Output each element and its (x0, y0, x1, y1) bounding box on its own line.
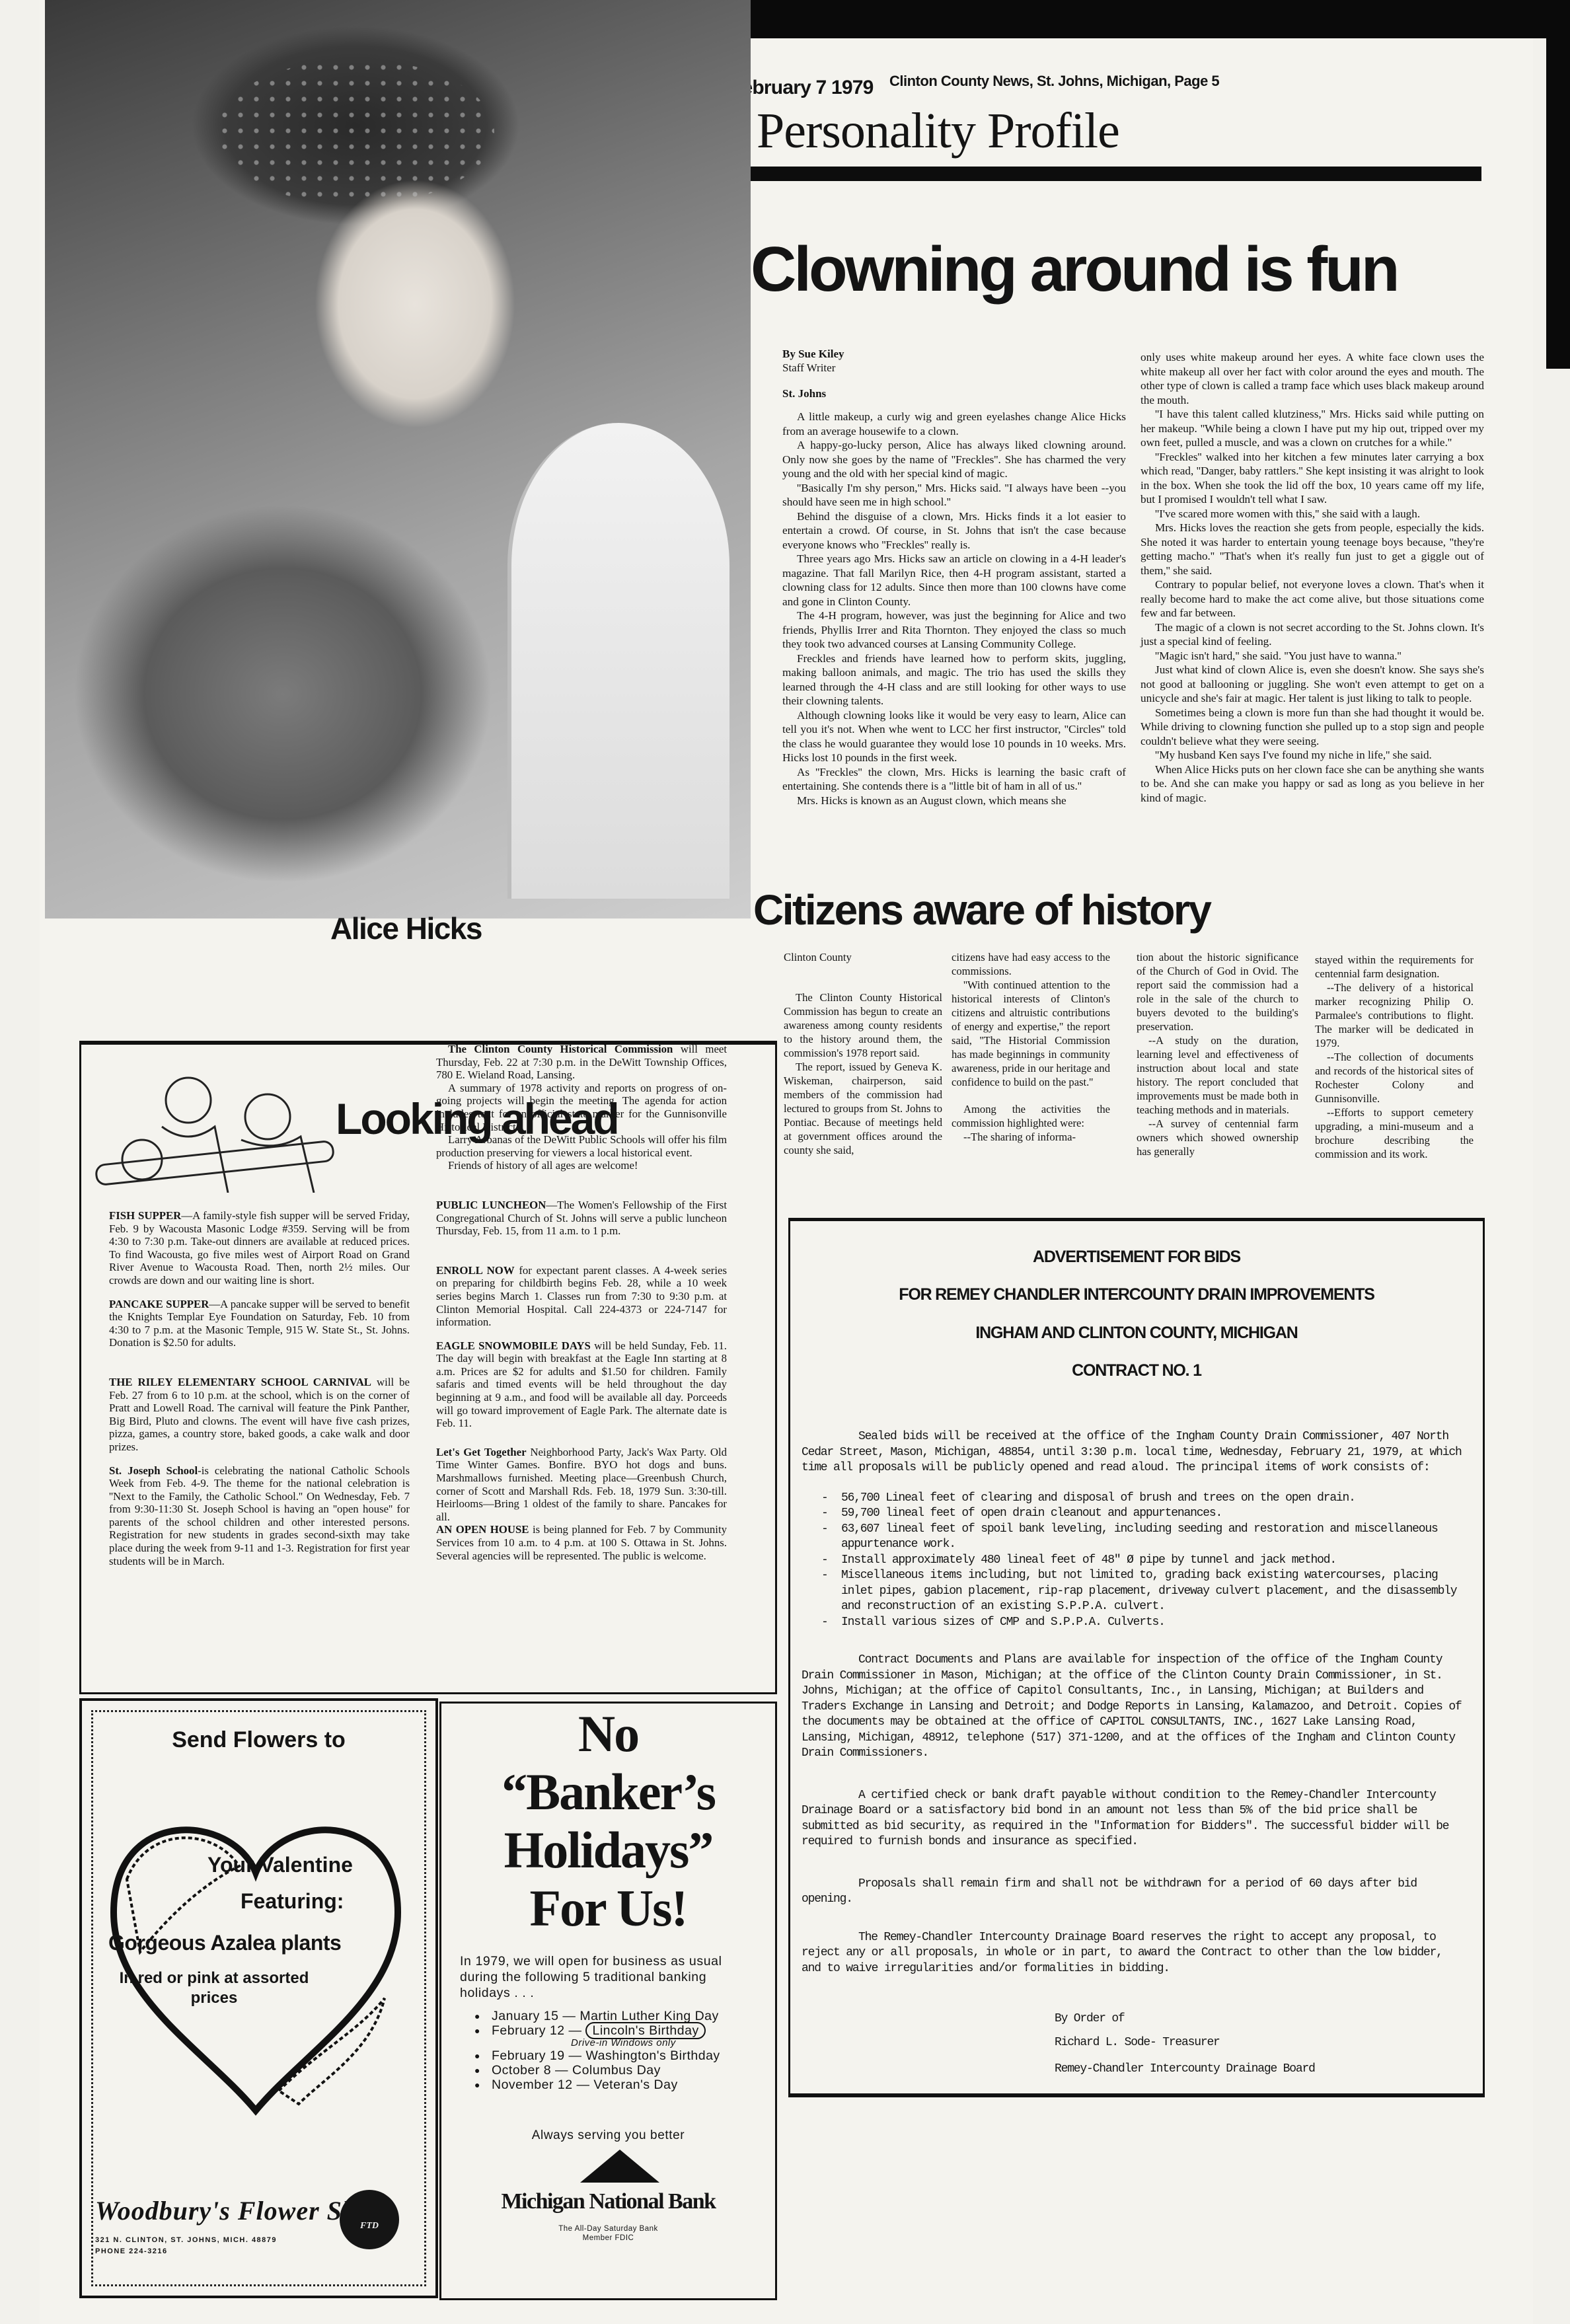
looking-ahead-left-column: FISH SUPPER—A family-style fish supper w… (109, 1209, 410, 1578)
paragraph: --A study on the duration, learning leve… (1137, 1033, 1298, 1117)
paragraph: A little makeup, a curly wig and green e… (782, 410, 1126, 438)
event-item: Larry Arbanas of the DeWitt Public Schoo… (436, 1133, 727, 1159)
paragraph: Mrs. Hicks is known as an August clown, … (782, 794, 1126, 808)
paragraph: citizens have had easy access to the com… (952, 950, 1110, 978)
history-column-2: citizens have had easy access to the com… (952, 950, 1110, 1144)
paragraph: The report, issued by Geneva K. Wiskeman… (784, 1060, 942, 1157)
paragraph: The 4-H program, however, was just the b… (782, 609, 1126, 652)
paragraph: ''Magic isn't hard,'' she said. ''You ju… (1140, 649, 1484, 663)
work-item: Install approximately 480 lineal feet of… (802, 1553, 1466, 1569)
paragraph: ''With continued attention to the histor… (952, 978, 1110, 1089)
paragraph: --Efforts to support cemetery upgrading,… (1315, 1106, 1474, 1161)
paragraph: --A survey of centennial farm owners whi… (1137, 1117, 1298, 1158)
paragraph: ''I have this talent called klutziness,'… (1140, 407, 1484, 450)
paragraph: --The collection of documents and record… (1315, 1050, 1474, 1106)
scan-edge-top (727, 0, 1570, 38)
paragraph: As ''Freckles'' the clown, Mrs. Hicks is… (782, 765, 1126, 794)
paragraph: Although clowning looks like it would be… (782, 708, 1126, 765)
paragraph: The magic of a clown is not secret accor… (1140, 620, 1484, 649)
bids-heading: ADVERTISEMENT FOR BIDS (790, 1248, 1483, 1267)
history-column-4: stayed within the requirements for cente… (1315, 953, 1474, 1161)
paragraph: Three years ago Mrs. Hicks saw an articl… (782, 552, 1126, 609)
scan-edge-right (1546, 38, 1570, 369)
paragraph: Contrary to popular belief, not everyone… (1140, 578, 1484, 620)
paragraph: Just what kind of clown Alice is, even s… (1140, 663, 1484, 706)
shop-address: 321 N. CLINTON, ST. JOHNS, MICH. 48879 P… (95, 2235, 277, 2257)
bids-paragraph: The Remey-Chandler Intercounty Drainage … (802, 1930, 1466, 1977)
history-dateline: Clinton County (784, 950, 942, 964)
bank-slogan: Always serving you better (441, 2128, 775, 2143)
holiday-item: January 15 — Martin Luther King Day (474, 2009, 765, 2023)
headline-line: “Banker’s (441, 1763, 775, 1821)
michigan-triangle-logo-icon (580, 2150, 659, 2183)
bank-name: Michigan National Bank (441, 2189, 775, 2214)
paragraph: ''Basically I'm shy person,'' Mrs. Hicks… (782, 481, 1126, 509)
paragraph: Freckles and friends have learned how to… (782, 652, 1126, 708)
section-rule (751, 167, 1481, 181)
work-item: Install various sizes of CMP and S.P.P.A… (802, 1615, 1466, 1631)
event-item: EAGLE SNOWMOBILE DAYS will be held Sunda… (436, 1339, 727, 1430)
bids-heading: INGHAM AND CLINTON COUNTY, MICHIGAN (790, 1324, 1483, 1343)
woodburys-flower-ad: Send Flowers to Your Valentine Featuring… (79, 1698, 438, 2298)
bids-paragraph: Contract Documents and Plans are availab… (802, 1653, 1466, 1762)
publication-line: Clinton County News, St. Johns, Michigan… (889, 73, 1219, 90)
paragraph: --The delivery of a historical marker re… (1315, 981, 1474, 1050)
issue-date: February 7 1979 (730, 77, 873, 99)
ad-line: Gorgeous Azalea plants (108, 1931, 341, 1955)
bank-tagline: The All-Day Saturday Bank Member FDIC (441, 2224, 775, 2243)
heart-icon (100, 1800, 411, 2130)
headline-line: No (441, 1705, 775, 1763)
michigan-national-bank-ad: No “Banker’s Holidays” For Us! In 1979, … (439, 1702, 777, 2300)
ftd-logo-icon: FTD (340, 2190, 399, 2249)
holiday-item: February 19 — Washington's Birthday (474, 2048, 765, 2063)
paragraph: A happy-go-lucky person, Alice has alway… (782, 438, 1126, 481)
event-item: ENROLL NOW for expectant parent classes.… (436, 1264, 727, 1329)
bank-headline: No “Banker’s Holidays” For Us! (441, 1705, 775, 1937)
paragraph: The Clinton County Historical Commission… (784, 991, 942, 1060)
bids-paragraph: A certified check or bank draft payable … (802, 1788, 1466, 1850)
paragraph: tion about the historic significance of … (1137, 950, 1298, 1033)
bank-intro: In 1979, we will open for business as us… (460, 1953, 751, 2001)
bids-heading: FOR REMEY CHANDLER INTERCOUNTY DRAIN IMP… (790, 1285, 1483, 1304)
paragraph: ''I've scared more women with this,'' sh… (1140, 507, 1484, 521)
paragraph: Sometimes being a clown is more fun than… (1140, 706, 1484, 749)
event-item: Let's Get Together Neighborhood Party, J… (436, 1446, 727, 1524)
tagline: The All-Day Saturday Bank (441, 2224, 775, 2233)
bids-paragraph: Proposals shall remain firm and shall no… (802, 1877, 1466, 1908)
event-item: PUBLIC LUNCHEON—The Women's Fellowship o… (436, 1199, 727, 1238)
address: 321 N. CLINTON, ST. JOHNS, MICH. 48879 (95, 2235, 277, 2246)
history-column-3: tion about the historic significance of … (1137, 950, 1298, 1158)
advertisement-for-bids: ADVERTISEMENT FOR BIDS FOR REMEY CHANDLE… (788, 1218, 1485, 2097)
mirror (507, 423, 729, 899)
holiday-item: October 8 — Columbus Day (474, 2063, 765, 2078)
event-item: FISH SUPPER—A family-style fish supper w… (109, 1209, 410, 1287)
paragraph: Behind the disguise of a clown, Mrs. Hic… (782, 509, 1126, 552)
paragraph: stayed within the requirements for cente… (1315, 953, 1474, 981)
photo-caption: Alice Hicks (330, 911, 482, 946)
bids-body: Sealed bids will be received at the offi… (802, 1429, 1466, 1976)
byline-role: Staff Writer (782, 361, 1126, 375)
paragraph: When Alice Hicks puts on her clown face … (1140, 763, 1484, 806)
event-item: AN OPEN HOUSE is being planned for Feb. … (436, 1523, 727, 1562)
ad-line: Send Flowers to (82, 1727, 435, 1753)
holiday-item: November 12 — Veteran's Day (474, 2078, 765, 2092)
clown-column-2: only uses white makeup around her eyes. … (1140, 350, 1484, 805)
event-item: Friends of history of all ages are welco… (436, 1159, 727, 1172)
history-headline: Citizens aware of history (753, 889, 1210, 931)
event-item: THE RILEY ELEMENTARY SCHOOL CARNIVAL wil… (109, 1376, 410, 1454)
work-item: Miscellaneous items including, but not l… (802, 1568, 1466, 1615)
paragraph: --The sharing of informa- (952, 1130, 1110, 1144)
work-item: 59,700 lineal feet of open drain cleanou… (802, 1506, 1466, 1522)
dateline: St. Johns (782, 387, 1126, 400)
event-item: The Clinton County Historical Commission… (436, 1043, 727, 1082)
holiday-note: Drive-in Windows only (571, 2038, 765, 2048)
signature-line: By Order of (1055, 2012, 1125, 2025)
byline: By Sue Kiley (782, 347, 1126, 361)
headline-line: For Us! (441, 1879, 775, 1937)
signature-line: Richard L. Sode- Treasurer (1055, 2036, 1220, 2049)
event-item: PANCAKE SUPPER—A pancake supper will be … (109, 1298, 410, 1349)
clown-column-1: By Sue Kiley Staff Writer St. Johns A li… (782, 347, 1126, 807)
clown-headline: Clowning around is fun (751, 238, 1398, 301)
event-item: A summary of 1978 activity and reports o… (436, 1082, 727, 1133)
holiday-item: February 12 — Lincoln's BirthdayDrive-in… (474, 2023, 765, 2048)
bids-intro: Sealed bids will be received at the offi… (802, 1429, 1466, 1476)
paragraph: ''Freckles'' walked into her kitchen a f… (1140, 450, 1484, 507)
ad-line: Featuring: (241, 1889, 344, 1914)
signature-line: Remey-Chandler Intercounty Drainage Boar… (1055, 2062, 1315, 2076)
work-item: 56,700 Lineal feet of clearing and dispo… (802, 1491, 1466, 1507)
bids-heading: CONTRACT NO. 1 (790, 1361, 1483, 1380)
member-fdic: Member FDIC (441, 2233, 775, 2243)
ad-line: Your Valentine (207, 1853, 353, 1877)
bandana-pattern (217, 59, 494, 205)
history-column-1: Clinton County The Clinton County Histor… (784, 950, 942, 1157)
phone: PHONE 224-3216 (95, 2246, 277, 2257)
paragraph: only uses white makeup around her eyes. … (1140, 350, 1484, 407)
holiday-list: January 15 — Martin Luther King Day Febr… (474, 2009, 765, 2092)
work-items: 56,700 Lineal feet of clearing and dispo… (802, 1491, 1466, 1631)
alice-hicks-photo (45, 0, 751, 918)
paragraph: Mrs. Hicks loves the reaction she gets f… (1140, 521, 1484, 578)
paragraph: ''My husband Ken says I've found my nich… (1140, 748, 1484, 763)
ad-line: In red or pink at assorted prices (115, 1968, 313, 2008)
headline-line: Holidays” (441, 1821, 775, 1879)
event-item: St. Joseph School-is celebrating the nat… (109, 1464, 410, 1568)
paragraph: Among the activities the commission high… (952, 1102, 1110, 1130)
work-item: 63,607 lineal feet of spoil bank levelin… (802, 1522, 1466, 1553)
section-title: Personality Profile (757, 106, 1119, 156)
